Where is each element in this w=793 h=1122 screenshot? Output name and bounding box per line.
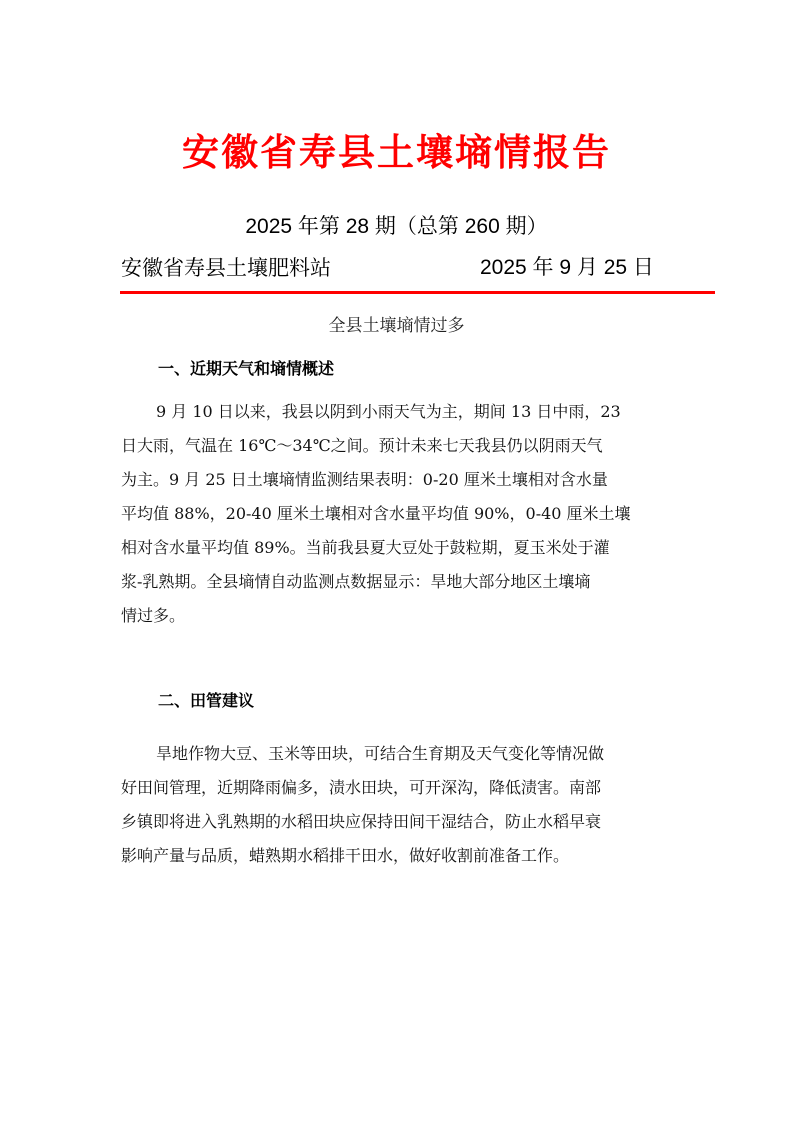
body-line: 日大雨，气温在 16℃～34℃之间。预计未来七天我县仍以阴雨天气 — [121, 434, 603, 458]
section-heading-field-management: 二、田管建议 — [158, 688, 254, 714]
issue-number: 2025 年第 28 期（总第 260 期） — [0, 212, 793, 242]
section-heading-weather-overview: 一、近期天气和墒情概述 — [158, 356, 334, 382]
body-line: 浆-乳熟期。全县墒情自动监测点数据显示：旱地大部分地区土壤墒 — [121, 570, 590, 594]
body-line: 好田间管理，近期降雨偏多，渍水田块，可开深沟，降低渍害。南部 — [121, 776, 601, 800]
report-title: 安徽省寿县土壤墒情报告 — [0, 128, 793, 178]
body-line: 9 月 10 日以来，我县以阴到小雨天气为主，期间 13 日中雨，23 — [156, 400, 621, 424]
publication-date: 2025 年 9 月 25 日 — [480, 253, 654, 283]
body-line: 相对含水量平均值 89%。当前我县夏大豆处于鼓粒期，夏玉米处于灌 — [121, 536, 610, 560]
red-divider-rule — [120, 291, 715, 294]
body-line: 影响产量与品质，蜡熟期水稻排干田水，做好收割前准备工作。 — [121, 844, 569, 868]
body-line: 为主。9 月 25 日土壤墒情监测结果表明：0-20 厘米土壤相对含水量 — [121, 468, 608, 492]
body-line: 乡镇即将进入乳熟期的水稻田块应保持田间干湿结合，防止水稻早衰 — [121, 810, 601, 834]
body-line: 平均值 88%，20-40 厘米土壤相对含水量平均值 90%，0-40 厘米土壤 — [121, 502, 631, 526]
publisher-name: 安徽省寿县土壤肥料站 — [121, 253, 331, 283]
report-subtitle: 全县土壤墒情过多 — [0, 313, 793, 339]
body-line: 情过多。 — [121, 604, 185, 628]
body-line: 旱地作物大豆、玉米等田块，可结合生育期及天气变化等情况做 — [156, 742, 604, 766]
